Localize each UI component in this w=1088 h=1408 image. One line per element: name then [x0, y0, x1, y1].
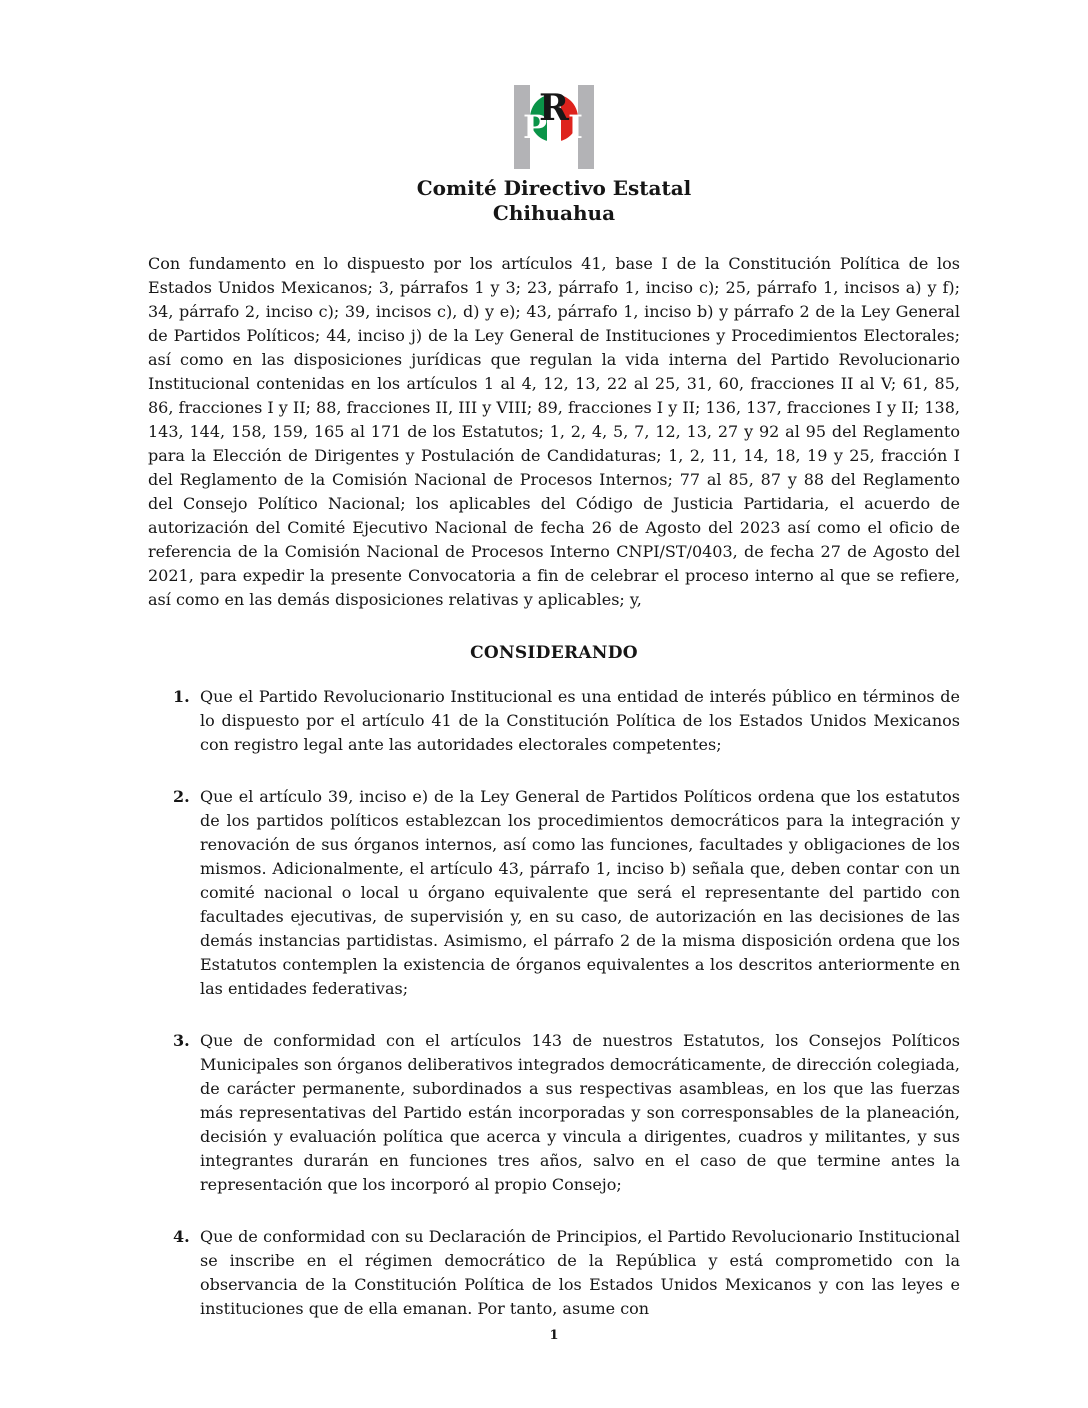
item-number: 4.: [173, 1225, 200, 1321]
header-text: Comité Directivo Estatal Chihuahua: [148, 176, 960, 226]
item-text: Que el Partido Revolucionario Institucio…: [200, 685, 960, 757]
legal-foundation-paragraph: Con fundamento en lo dispuesto por los a…: [148, 252, 960, 612]
pri-logo-letter-r: R: [539, 90, 569, 126]
considerando-item-2: 2. Que el artículo 39, inciso e) de la L…: [148, 785, 960, 1001]
considerando-heading: CONSIDERANDO: [148, 642, 960, 664]
item-number: 2.: [173, 785, 200, 1001]
item-number: 1.: [173, 685, 200, 757]
document-body: Con fundamento en lo dispuesto por los a…: [148, 252, 960, 1321]
document-header: P R I Comité Directivo Estatal Chihuahua: [148, 85, 960, 226]
item-number: 3.: [173, 1029, 200, 1197]
pri-logo-letter-i: I: [568, 111, 583, 143]
pri-logo: P R I: [514, 85, 594, 169]
page-footer: 1: [148, 1328, 960, 1343]
item-text: Que de conformidad con el artículos 143 …: [200, 1029, 960, 1197]
item-text: Que el artículo 39, inciso e) de la Ley …: [200, 785, 960, 1001]
considerando-item-4: 4. Que de conformidad con su Declaración…: [148, 1225, 960, 1321]
considerando-list: 1. Que el Partido Revolucionario Institu…: [148, 685, 960, 1321]
state-name: Chihuahua: [148, 201, 960, 226]
document-page: P R I Comité Directivo Estatal Chihuahua…: [0, 0, 1088, 1408]
considerando-item-1: 1. Que el Partido Revolucionario Institu…: [148, 685, 960, 757]
item-text: Que de conformidad con su Declaración de…: [200, 1225, 960, 1321]
page-number: 1: [549, 1328, 558, 1343]
committee-name: Comité Directivo Estatal: [148, 176, 960, 201]
considerando-item-3: 3. Que de conformidad con el artículos 1…: [148, 1029, 960, 1197]
